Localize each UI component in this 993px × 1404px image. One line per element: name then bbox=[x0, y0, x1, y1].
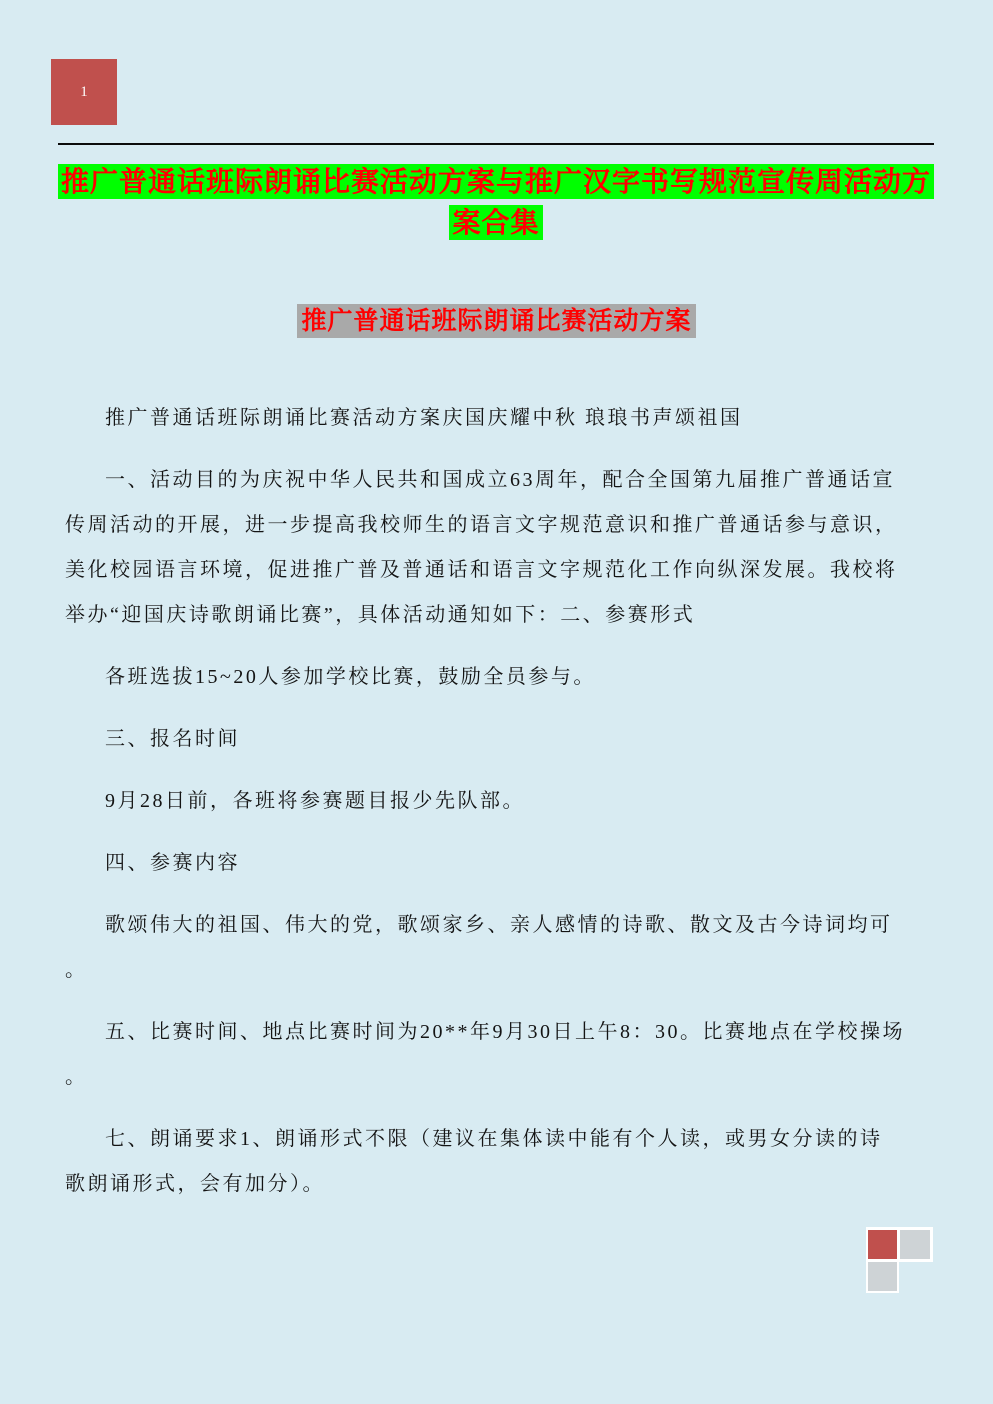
body-paragraph: 四、参赛内容 bbox=[65, 841, 933, 886]
document-body: 推广普通话班际朗诵比赛活动方案庆国庆耀中秋 琅琅书声颂祖国 一、活动目的为庆祝中… bbox=[65, 396, 933, 1224]
brand-logo bbox=[866, 1227, 933, 1293]
header-divider bbox=[58, 143, 934, 145]
document-page: 1 推广普通话班际朗诵比赛活动方案与推广汉字书写规范宣传周活动方 案合集 推广普… bbox=[0, 0, 993, 1404]
body-paragraph: 各班选拔15~20人参加学校比赛，鼓励全员参与。 bbox=[65, 655, 933, 700]
document-title: 推广普通话班际朗诵比赛活动方案与推广汉字书写规范宣传周活动方 案合集 bbox=[56, 161, 936, 243]
body-paragraph: 七、朗诵要求1、朗诵形式不限（建议在集体读中能有个人读，或男女分读的诗 歌朗诵形… bbox=[65, 1117, 933, 1207]
page-number-badge: 1 bbox=[51, 59, 117, 125]
body-paragraph: 推广普通话班际朗诵比赛活动方案庆国庆耀中秋 琅琅书声颂祖国 bbox=[65, 396, 933, 441]
section-title-text: 推广普通话班际朗诵比赛活动方案 bbox=[297, 304, 695, 338]
logo-square-red bbox=[868, 1230, 897, 1259]
body-paragraph: 五、比赛时间、地点比赛时间为20**年9月30日上午8：30。比赛地点在学校操场… bbox=[65, 1010, 933, 1100]
page-number: 1 bbox=[80, 84, 88, 101]
logo-square-gray-bottom bbox=[868, 1262, 897, 1291]
logo-square-gray-top bbox=[900, 1230, 930, 1259]
body-paragraph: 歌颂伟大的祖国、伟大的党，歌颂家乡、亲人感情的诗歌、散文及古今诗词均可 。 bbox=[65, 903, 933, 993]
document-title-text: 推广普通话班际朗诵比赛活动方案与推广汉字书写规范宣传周活动方 案合集 bbox=[58, 164, 934, 240]
body-paragraph: 9月28日前，各班将参赛题目报少先队部。 bbox=[65, 779, 933, 824]
body-paragraph: 一、活动目的为庆祝中华人民共和国成立63周年，配合全国第九届推广普通话宣 传周活… bbox=[65, 458, 933, 638]
body-paragraph: 三、报名时间 bbox=[65, 717, 933, 762]
section-title: 推广普通话班际朗诵比赛活动方案 bbox=[0, 303, 993, 339]
